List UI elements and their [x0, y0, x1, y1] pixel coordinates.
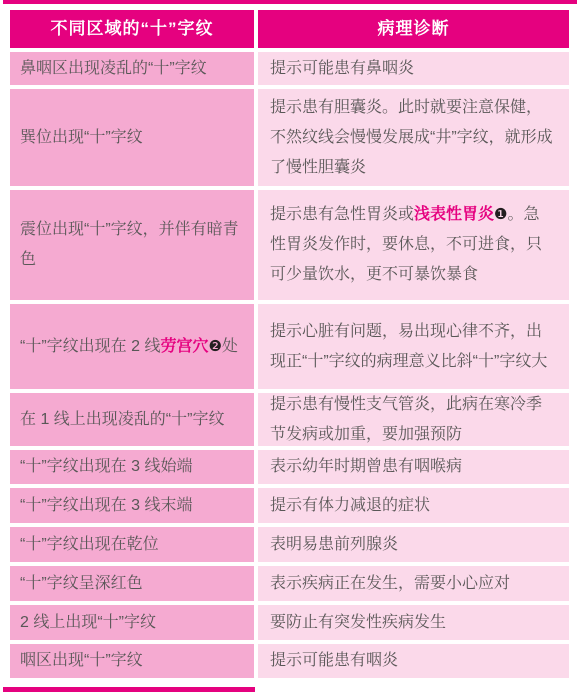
diagnosis-cell: 提示患有慢性支气管炎，此病在寒冷季节发病或加重，要加强预防 — [258, 393, 569, 446]
cell-text: 要防止有突发性疾病发生 — [270, 614, 446, 631]
region-cell: 咽区出现“十”字纹 — [10, 644, 254, 678]
cell-text: 2 线上出现“十”字纹 — [20, 614, 156, 631]
cell-text: 震位出现“十”字纹，并伴有暗青色 — [20, 221, 239, 268]
region-cell: “十”字纹呈深红色 — [10, 566, 254, 601]
region-cell: “十”字纹出现在 3 线末端 — [10, 488, 254, 523]
cross-pattern-diagnosis-table: 不同区域的“十”字纹 病理诊断 鼻咽区出现凌乱的“十”字纹提示可能患有鼻咽炎巽位… — [10, 10, 569, 678]
cell-text: 提示患有急性胃炎或 — [270, 206, 414, 223]
region-cell: 在 1 线上出现凌乱的“十”字纹 — [10, 393, 254, 446]
cell-text: “十”字纹出现在 2 线 — [20, 338, 160, 355]
cell-text: 咽区出现“十”字纹 — [20, 652, 143, 669]
column-header-region: 不同区域的“十”字纹 — [10, 10, 254, 48]
diagnosis-cell: 要防止有突发性疾病发生 — [258, 605, 569, 640]
diagnosis-cell: 提示有体力减退的症状 — [258, 488, 569, 523]
cell-text: 表示幼年时期曾患有咽喉病 — [270, 458, 462, 475]
cell-text: 在 1 线上出现凌乱的“十”字纹 — [20, 411, 224, 428]
region-cell: “十”字纹出现在乾位 — [10, 527, 254, 562]
top-decoration-bar — [3, 0, 577, 4]
region-cell: “十”字纹出现在 2 线劳宫穴❷处 — [10, 304, 254, 389]
cell-text: 提示有体力减退的症状 — [270, 497, 430, 514]
footnote-marker: ❶ — [494, 206, 507, 223]
cell-text: “十”字纹呈深红色 — [20, 575, 143, 592]
bottom-decoration-bar — [3, 687, 255, 692]
diagnosis-cell: 提示患有胆囊炎。此时就要注意保健，不然纹线会慢慢发展成“井”字纹，就形成了慢性胆… — [258, 89, 569, 186]
cell-text: 提示可能患有咽炎 — [270, 652, 398, 669]
cell-text: 处 — [222, 338, 238, 355]
cell-text: 提示患有慢性支气管炎，此病在寒冷季节发病或加重，要加强预防 — [270, 396, 542, 443]
diagnosis-cell: 提示可能患有咽炎 — [258, 644, 569, 678]
cell-text: 鼻咽区出现凌乱的“十”字纹 — [20, 60, 207, 77]
footnote-marker: ❷ — [208, 338, 221, 355]
diagnosis-cell: 表示幼年时期曾患有咽喉病 — [258, 450, 569, 484]
highlighted-term: 劳宫穴 — [160, 338, 208, 355]
cell-text: 提示可能患有鼻咽炎 — [270, 60, 414, 77]
cell-text: “十”字纹出现在乾位 — [20, 536, 159, 553]
cell-text: 巽位出现“十”字纹 — [20, 129, 143, 146]
column-header-diagnosis: 病理诊断 — [258, 10, 569, 48]
cell-text: “十”字纹出现在 3 线末端 — [20, 497, 192, 514]
cell-text: “十”字纹出现在 3 线始端 — [20, 458, 192, 475]
page: 不同区域的“十”字纹 病理诊断 鼻咽区出现凌乱的“十”字纹提示可能患有鼻咽炎巽位… — [0, 0, 577, 692]
cell-text: 表明易患前列腺炎 — [270, 536, 398, 553]
region-cell: 巽位出现“十”字纹 — [10, 89, 254, 186]
diagnosis-cell: 表示疾病正在发生，需要小心应对 — [258, 566, 569, 601]
cell-text: 表示疾病正在发生，需要小心应对 — [270, 575, 510, 592]
region-cell: “十”字纹出现在 3 线始端 — [10, 450, 254, 484]
diagnosis-cell: 表明易患前列腺炎 — [258, 527, 569, 562]
region-cell: 鼻咽区出现凌乱的“十”字纹 — [10, 52, 254, 85]
cell-text: 提示心脏有问题，易出现心律不齐，出现正“十”字纹的病理意义比斜“十”字纹大 — [270, 323, 547, 370]
diagnosis-cell: 提示患有急性胃炎或浅表性胃炎❶。急性胃炎发作时，要休息，不可进食，只可少量饮水，… — [258, 190, 569, 300]
diagnosis-cell: 提示心脏有问题，易出现心律不齐，出现正“十”字纹的病理意义比斜“十”字纹大 — [258, 304, 569, 389]
region-cell: 震位出现“十”字纹，并伴有暗青色 — [10, 190, 254, 300]
cell-text: 提示患有胆囊炎。此时就要注意保健，不然纹线会慢慢发展成“井”字纹，就形成了慢性胆… — [270, 99, 553, 176]
diagnosis-cell: 提示可能患有鼻咽炎 — [258, 52, 569, 85]
highlighted-term: 浅表性胃炎 — [414, 206, 494, 223]
region-cell: 2 线上出现“十”字纹 — [10, 605, 254, 640]
